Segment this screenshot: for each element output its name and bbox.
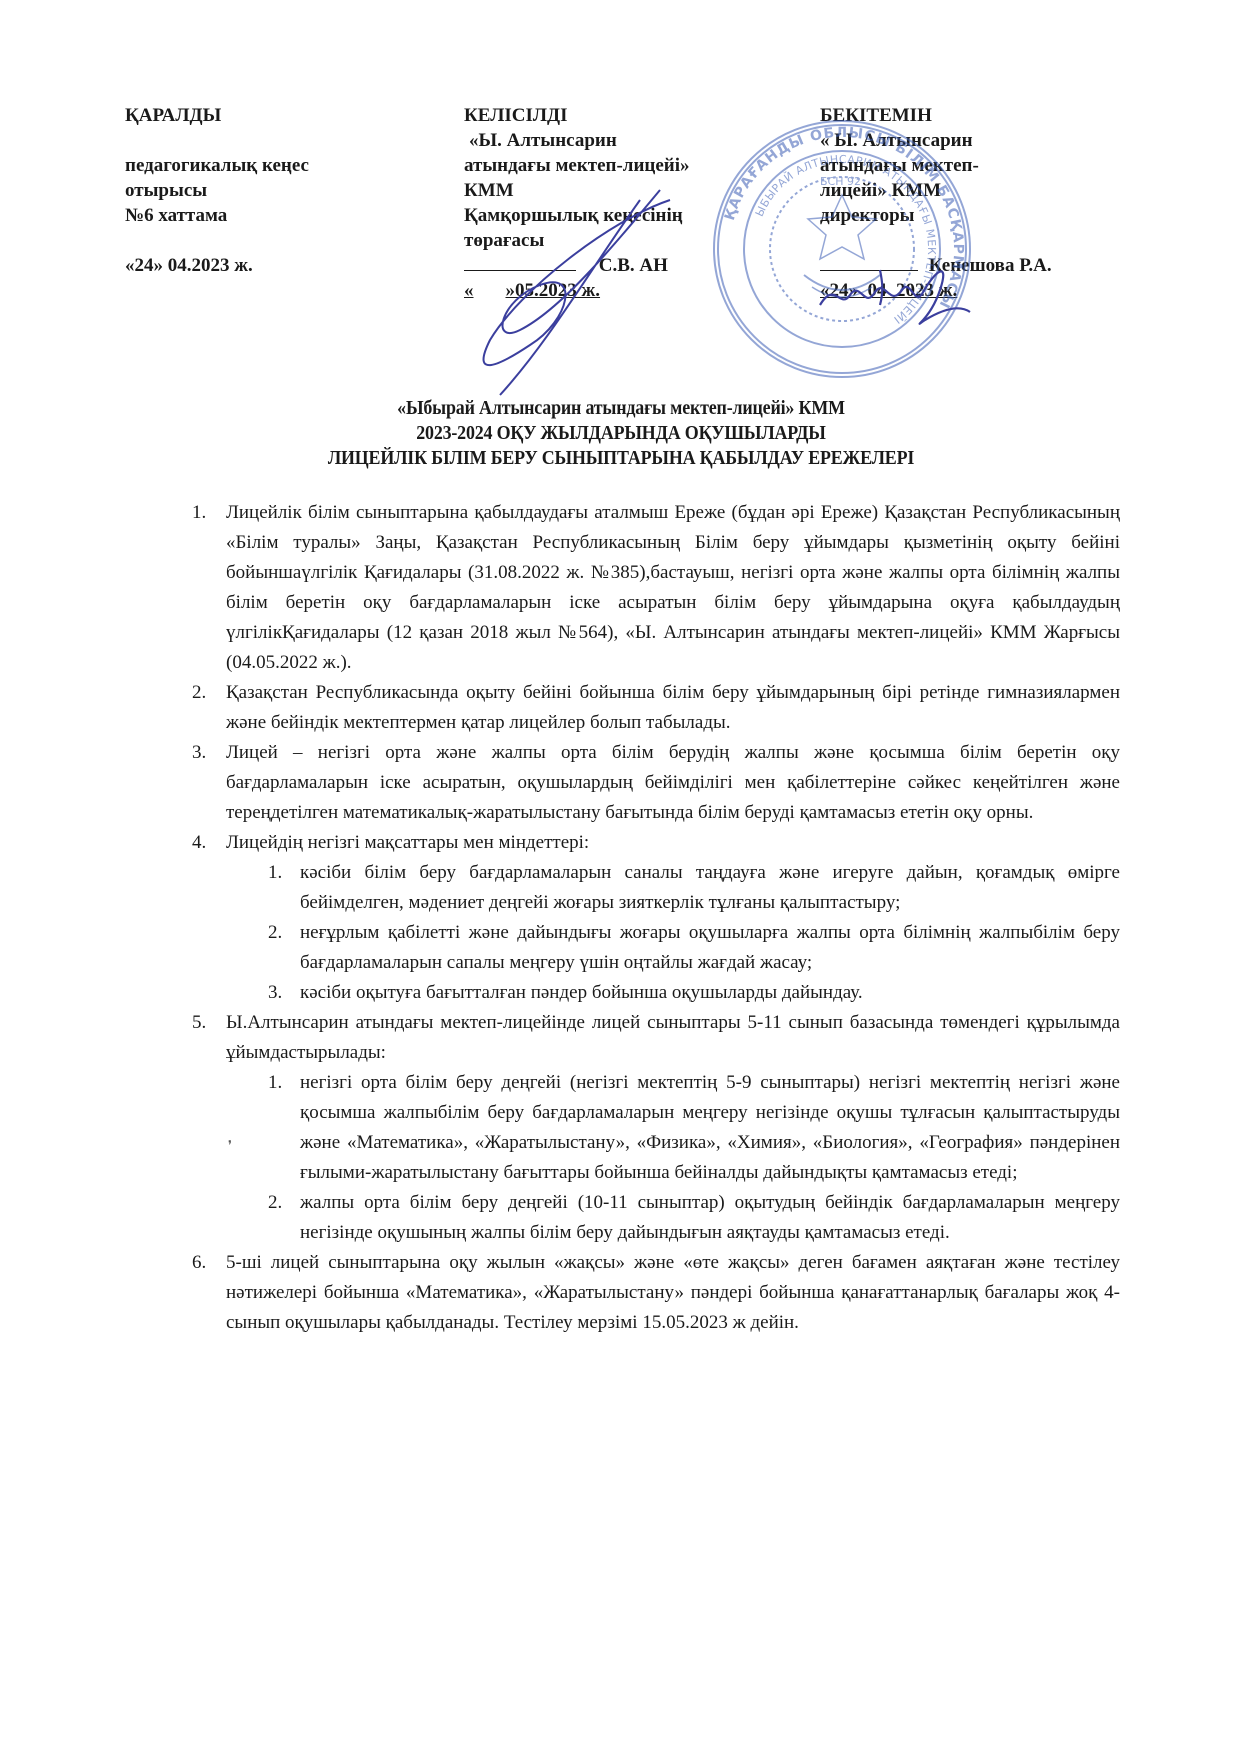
rule-item: 2.Қазақстан Республикасында оқыту бейіні… bbox=[168, 678, 1120, 738]
signature-line bbox=[820, 270, 918, 271]
rule-text: Ы.Алтынсарин атындағы мектеп-лицейінде л… bbox=[226, 1008, 1120, 1068]
rule-item: 6.5-ші лицей сыныптарына оқу жылын «жақс… bbox=[168, 1248, 1120, 1338]
document-title: «Ыбырай Алтынсарин атындағы мектеп-лицей… bbox=[0, 396, 1242, 471]
title-line: «Ыбырай Алтынсарин атындағы мектеп-лицей… bbox=[50, 396, 1193, 421]
scan-speck: ❜ bbox=[228, 1138, 232, 1153]
agreed-line: КММ bbox=[464, 178, 690, 203]
rule-text: Лицейлік білім сыныптарына қабылдаудағы … bbox=[226, 498, 1120, 678]
signature-line bbox=[464, 270, 576, 271]
subrule-number: 2. bbox=[268, 918, 282, 948]
rule-text: Лицей – негізгі орта және жалпы орта біл… bbox=[226, 738, 1120, 828]
rules-list: 1.Лицейлік білім сыныптарына қабылдаудағ… bbox=[168, 498, 1120, 1338]
rule-subitem: 1.негізгі орта білім беру деңгейі (негіз… bbox=[168, 1068, 1120, 1188]
subrule-number: 1. bbox=[268, 858, 282, 888]
rule-subitem: 1.кәсіби білім беру бағдарламаларын сана… bbox=[168, 858, 1120, 918]
rule-number: 1. bbox=[192, 498, 206, 528]
agreed-signer: С.В. АН bbox=[599, 255, 668, 276]
approved-signature-row: Кенешова Р.А. bbox=[820, 253, 1052, 278]
subrule-text: жалпы орта білім беру деңгейі (10-11 сын… bbox=[300, 1188, 1120, 1248]
rule-number: 3. bbox=[192, 738, 206, 768]
reviewed-heading: ҚАРАЛДЫ bbox=[125, 103, 309, 128]
agreed-line: «Ы. Алтынсарин bbox=[464, 128, 690, 153]
subrule-number: 1. bbox=[268, 1068, 282, 1098]
subrule-text: негізгі орта білім беру деңгейі (негізгі… bbox=[300, 1068, 1120, 1188]
agreed-line: төрағасы bbox=[464, 228, 690, 253]
rule-item: 3.Лицей – негізгі орта және жалпы орта б… bbox=[168, 738, 1120, 828]
rule-item: 4.Лицейдің негізгі мақсаттары мен міндет… bbox=[168, 828, 1120, 858]
title-line: ЛИЦЕЙЛІК БІЛІМ БЕРУ СЫНЫПТАРЫНА ҚАБЫЛДАУ… bbox=[50, 446, 1193, 471]
approved-line: « Ы. Алтынсарин bbox=[820, 128, 1052, 153]
rule-number: 4. bbox=[192, 828, 206, 858]
subrule-text: неғұрлым қабілетті және дайындығы жоғары… bbox=[300, 918, 1120, 978]
rule-number: 2. bbox=[192, 678, 206, 708]
agreed-heading: КЕЛІСІЛДІ bbox=[464, 103, 690, 128]
rule-text: Қазақстан Республикасында оқыту бейіні б… bbox=[226, 678, 1120, 738]
subrule-text: кәсіби оқытуға бағытталған пәндер бойынш… bbox=[300, 978, 1120, 1008]
rule-item: 5.Ы.Алтынсарин атындағы мектеп-лицейінде… bbox=[168, 1008, 1120, 1068]
approval-block-reviewed: ҚАРАЛДЫ педагогикалық кеңес отырысы №6 х… bbox=[125, 103, 309, 278]
approved-heading: БЕКІТЕМІН bbox=[820, 103, 1052, 128]
agreed-date: «»05.2023 ж. bbox=[464, 278, 690, 303]
reviewed-line: отырысы bbox=[125, 178, 309, 203]
rule-subitem: 3.кәсіби оқытуға бағытталған пәндер бойы… bbox=[168, 978, 1120, 1008]
rule-text: 5-ші лицей сыныптарына оқу жылын «жақсы»… bbox=[226, 1248, 1120, 1338]
subrule-text: кәсіби білім беру бағдарламаларын саналы… bbox=[300, 858, 1120, 918]
reviewed-date: «24» 04.2023 ж. bbox=[125, 253, 309, 278]
approval-block-agreed: КЕЛІСІЛДІ «Ы. Алтынсарин атындағы мектеп… bbox=[464, 103, 690, 303]
agreed-signature-row: С.В. АН bbox=[464, 253, 690, 278]
rule-item: 1.Лицейлік білім сыныптарына қабылдаудағ… bbox=[168, 498, 1120, 678]
agreed-line: Қамқоршылық кеңесінің bbox=[464, 203, 690, 228]
reviewed-line: педагогикалық кеңес bbox=[125, 153, 309, 178]
rule-text: Лицейдің негізгі мақсаттары мен міндетте… bbox=[226, 828, 1120, 858]
approved-line: атындағы мектеп- bbox=[820, 153, 1052, 178]
subrule-number: 2. bbox=[268, 1188, 282, 1218]
approval-block-approved: БЕКІТЕМІН « Ы. Алтынсарин атындағы мекте… bbox=[820, 103, 1052, 303]
rule-subitem: 2.неғұрлым қабілетті және дайындығы жоға… bbox=[168, 918, 1120, 978]
approved-line: директоры bbox=[820, 203, 1052, 228]
agreed-line: атындағы мектеп-лицейі» bbox=[464, 153, 690, 178]
rule-subitem: 2.жалпы орта білім беру деңгейі (10-11 с… bbox=[168, 1188, 1120, 1248]
approved-line: лицейі» КММ bbox=[820, 178, 1052, 203]
rule-number: 6. bbox=[192, 1248, 206, 1278]
rule-number: 5. bbox=[192, 1008, 206, 1038]
title-line: 2023-2024 ОҚУ ЖЫЛДАРЫНДА ОҚУШЫЛАРДЫ bbox=[50, 421, 1193, 446]
approved-signer: Кенешова Р.А. bbox=[929, 255, 1052, 276]
subrule-number: 3. bbox=[268, 978, 282, 1008]
approved-date: «24» 04 2023 ж. bbox=[820, 278, 1052, 303]
reviewed-protocol: №6 хаттама bbox=[125, 203, 309, 228]
